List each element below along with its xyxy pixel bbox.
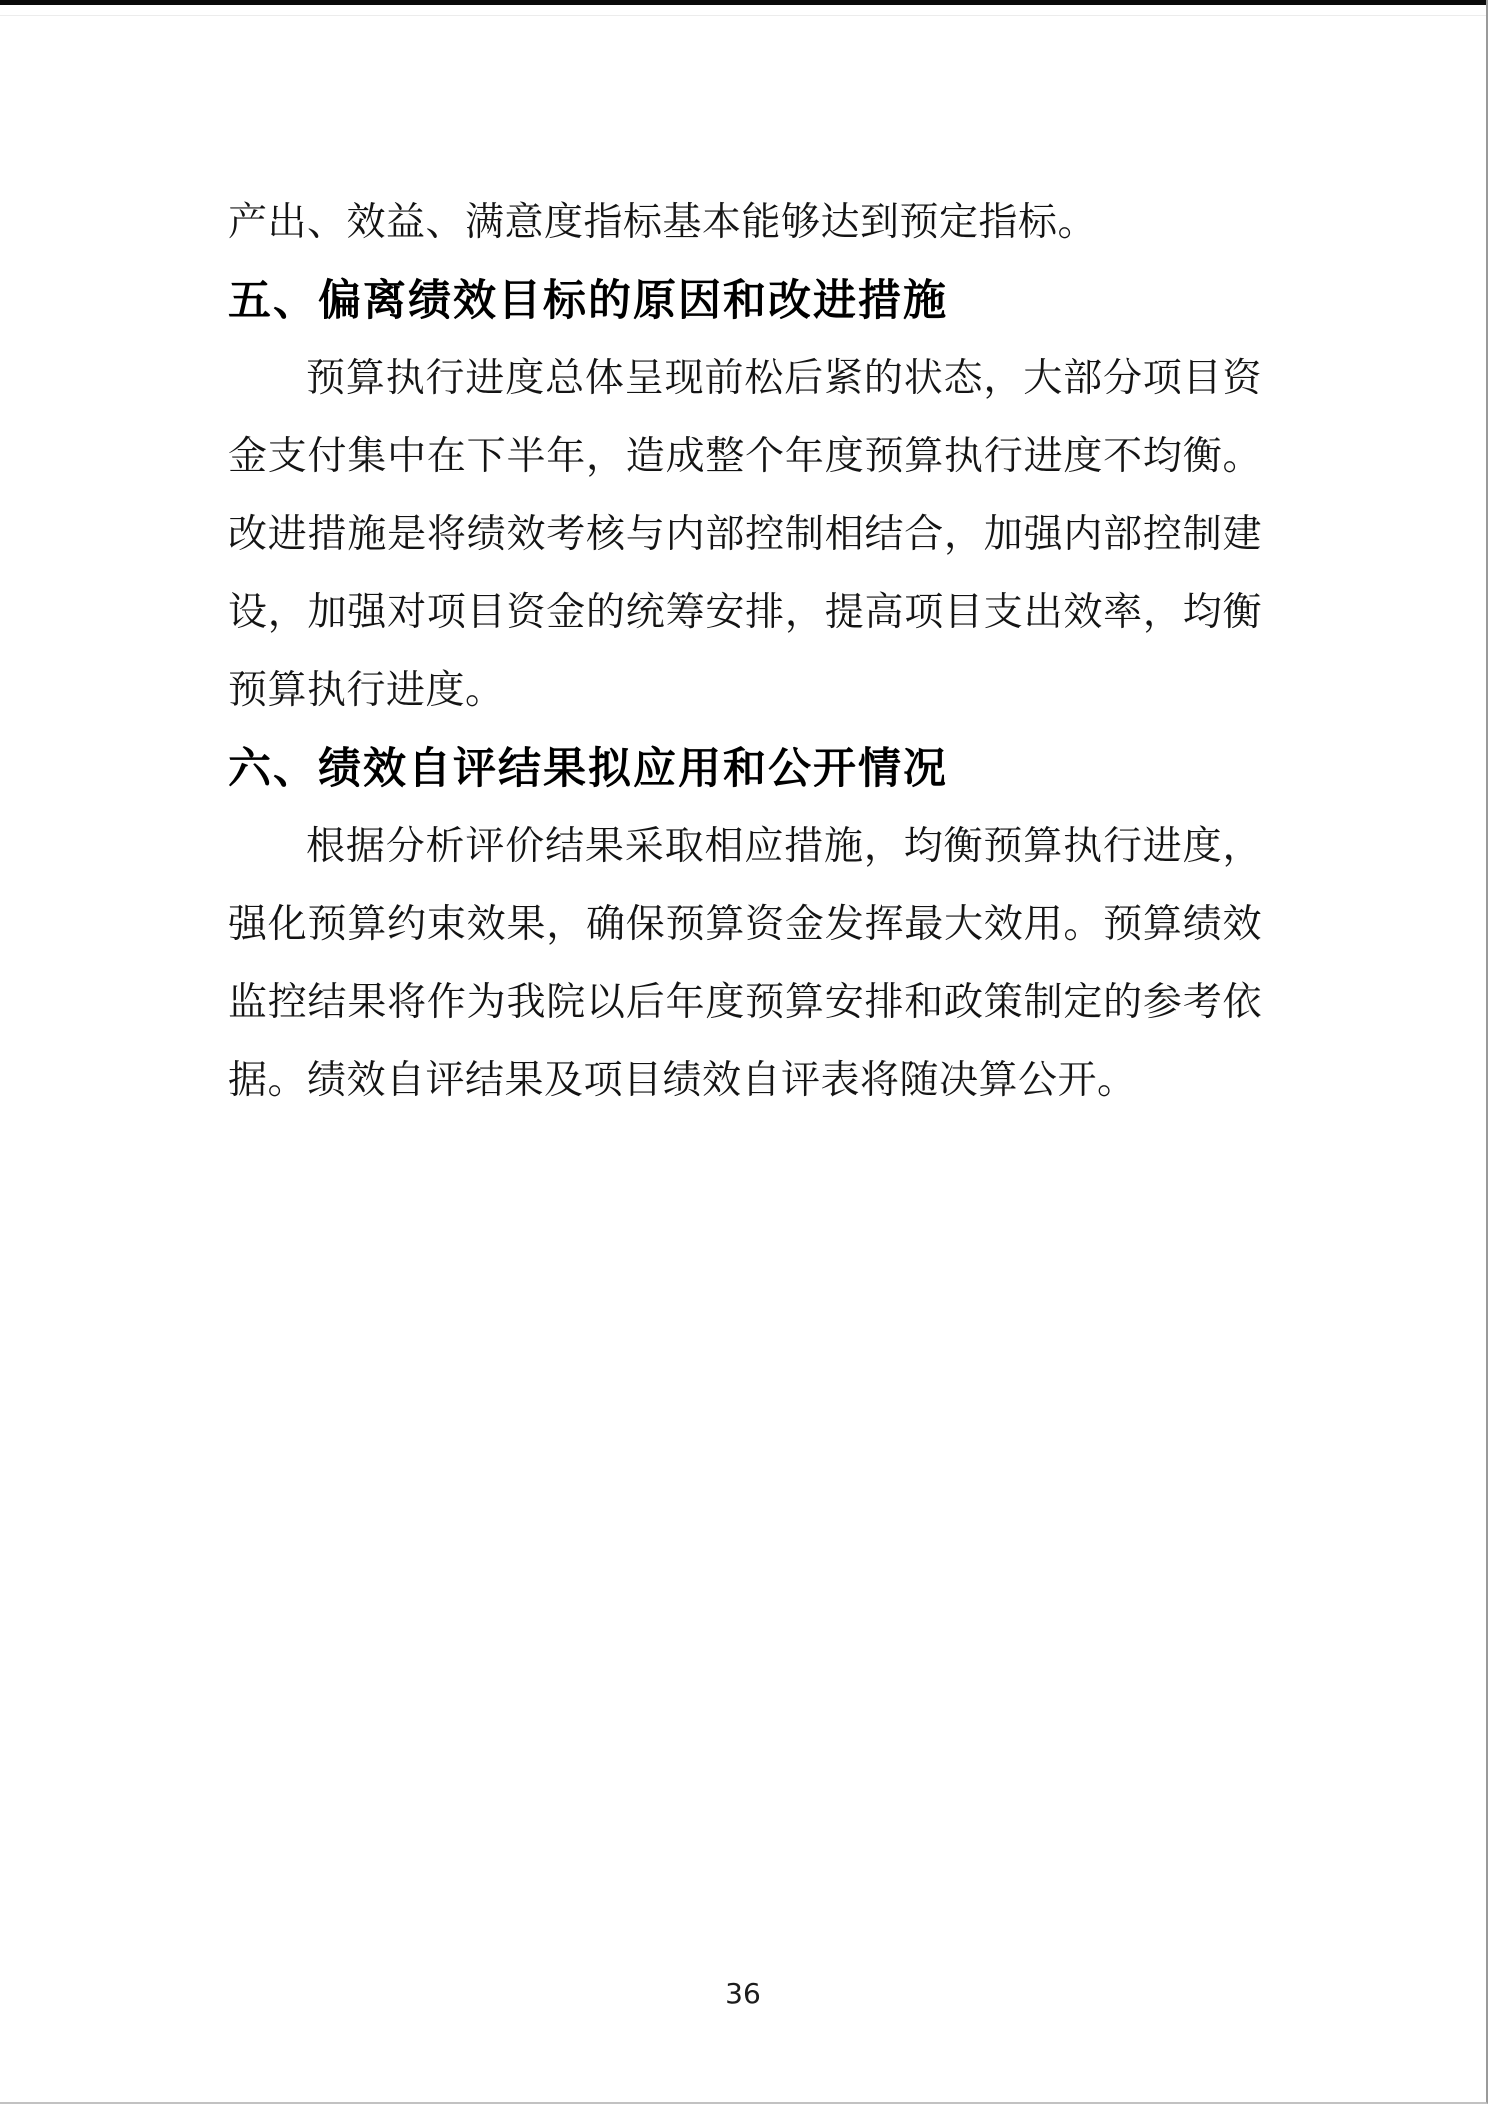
section-6-heading: 六、绩效自评结果拟应用和公开情况 [228,730,1262,808]
section-5-paragraph: 预算执行进度总体呈现前松后紧的状态，大部分项目资金支付集中在下半年，造成整个年度… [228,340,1262,730]
document-page: 产出、效益、满意度指标基本能够达到预定指标。 五、偏离绩效目标的原因和改进措施 … [0,0,1488,2104]
document-content: 产出、效益、满意度指标基本能够达到预定指标。 五、偏离绩效目标的原因和改进措施 … [228,184,1262,1120]
page-top-edge [0,0,1486,5]
page-number: 36 [0,1978,1486,2010]
page-top-rule [0,15,1486,16]
section-6-paragraph: 根据分析评价结果采取相应措施，均衡预算执行进度，强化预算约束效果，确保预算资金发… [228,808,1262,1120]
paragraph-continuation: 产出、效益、满意度指标基本能够达到预定指标。 [228,184,1262,262]
section-5-heading: 五、偏离绩效目标的原因和改进措施 [228,262,1262,340]
